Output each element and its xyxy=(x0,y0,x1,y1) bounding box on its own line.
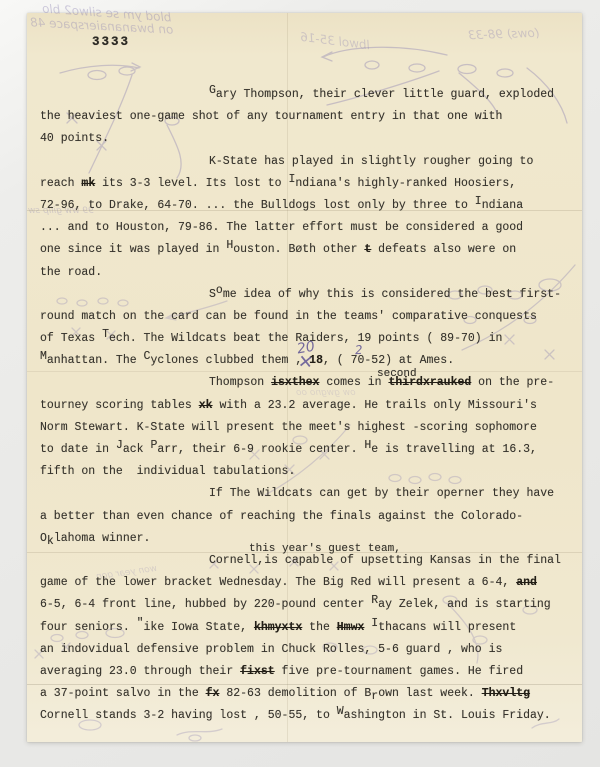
page-number: 3333 xyxy=(92,35,130,49)
typed-text: Gary Thompson, their clever little guard… xyxy=(40,84,560,727)
typed-line: Some idea of why this is considered the … xyxy=(40,284,560,306)
typed-line: tourney scoring tables xk with a 23.2 av… xyxy=(40,395,560,417)
typed-line: If The Wildcats can get by their operner… xyxy=(40,483,560,505)
typed-line: Thompson isxthex comes in thirdxrauked o… xyxy=(40,372,560,394)
typed-line: a 37-point salvo in the fx 82-63 demolit… xyxy=(40,683,560,705)
typed-line: 6-5, 6-4 front line, hubbed by 220-pound… xyxy=(40,594,560,616)
typed-line: one since it was played in Houston. Bøth… xyxy=(40,239,560,261)
typed-line: the road. xyxy=(40,262,560,284)
typed-line: 72-96, to Drake, 64-70. ... the Bulldogs… xyxy=(40,195,560,217)
typed-line: Norm Stewart. K-State will present the m… xyxy=(40,417,560,439)
handwritten-correction-2: 2 xyxy=(355,343,364,357)
typed-line: four seniors. "ike Iowa State, khmyxtx t… xyxy=(40,617,560,639)
typed-line: Cornell stands 3-2 having lost , 50-55, … xyxy=(40,705,560,727)
typed-line: game of the lower bracket Wednesday. The… xyxy=(40,572,560,594)
typed-line: averaging 23.0 through their fixst five … xyxy=(40,661,560,683)
typed-line: a better than even chance of reaching th… xyxy=(40,506,560,528)
bleedthrough-text: (ows) 98-33 xyxy=(468,26,540,42)
typed-line: to date in Jack Parr, their 6-9 rookie c… xyxy=(40,439,560,461)
typed-line: an indovidual defensive problem in Chuck… xyxy=(40,639,560,661)
typed-line: K-State has played in slightly rougher g… xyxy=(40,151,560,173)
typed-line: ... and to Houston, 79-86. The latter ef… xyxy=(40,217,560,239)
typed-line: the heaviest one-game shot of any tourna… xyxy=(40,106,560,128)
typed-line: Gary Thompson, their clever little guard… xyxy=(40,84,560,106)
handwritten-x-over-18: ✕ xyxy=(297,351,314,373)
scanned-document-page: blod ym se silwo2 bloon bwananaierspace … xyxy=(0,0,600,767)
typed-line: Cornell,is capable of upsetting Kansas i… xyxy=(40,550,560,572)
typed-line: 40 points. xyxy=(40,128,560,150)
typed-line: fifth on the individual tabulations. xyxy=(40,461,560,483)
typed-line: round match on the card can be found in … xyxy=(40,306,560,328)
typed-line: reach mk its 3-3 level. Its lost to Indi… xyxy=(40,173,560,195)
